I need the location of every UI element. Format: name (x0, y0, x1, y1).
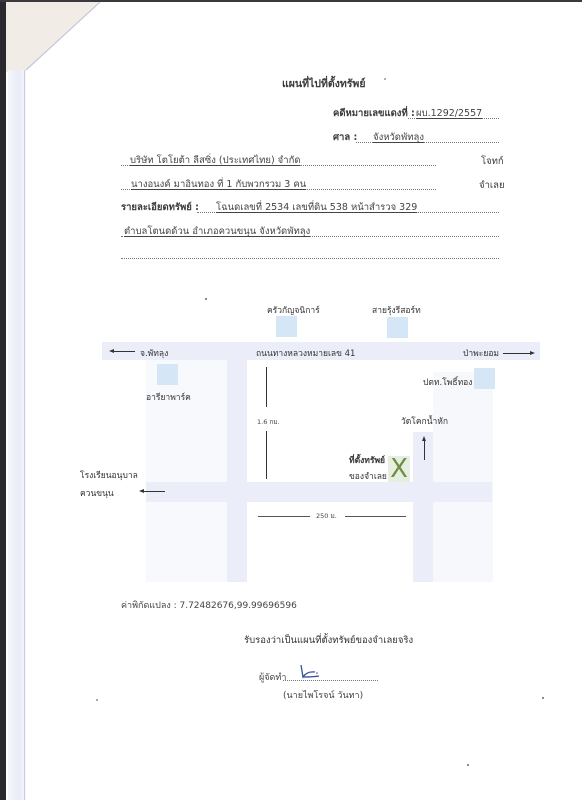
document-title: แผนที่ไปที่ตั้งทรัพย์ (282, 75, 365, 92)
speck (384, 78, 386, 80)
landmark-ptt-label: ปตท.โพธิ์ทอง (423, 375, 472, 389)
speck (467, 764, 469, 766)
landmark-ptt-icon (474, 368, 495, 389)
plaintiff-value: บริษัท โตโยต้า ลีสซิ่ง (ประเทศไทย) จำกัด (130, 153, 301, 168)
page-edge-line (24, 70, 25, 800)
arrow-left-phatthalung-line (113, 351, 135, 352)
distance-vertical-line-bottom (266, 431, 267, 479)
scan-edge (0, 0, 6, 800)
plaintiff-label: โจทก์ (481, 154, 504, 169)
highway-name: ถนนทางหลวงหมายเลข 41 (256, 346, 355, 360)
plot-coordinates: ค่าพิกัดแปลง : 7.72482676,99.99696596 (121, 598, 297, 612)
distance-horizontal-line-left (258, 516, 310, 517)
landmark-krua-kanyanikan-icon (276, 316, 297, 337)
property-location-x-icon: X (388, 456, 410, 482)
property-dotline-3 (121, 258, 499, 259)
speck (96, 699, 98, 701)
landmark-ariya-park-label: อารียาพาร์ค (146, 390, 191, 404)
landmark-school-label-1: โรงเรียนอนุบาล (80, 468, 138, 482)
map-area-shade-right (433, 372, 493, 582)
distance-horizontal-line-right (345, 516, 406, 517)
arrow-left-icon (109, 349, 114, 353)
folded-corner (26, 2, 136, 72)
direction-phatthalung: จ.พัทลุง (140, 346, 168, 360)
property-value-line2: ตำบลโตนดด้วน อำเภอควนขนุน จังหวัดพัทลุง (124, 224, 310, 239)
property-marker-label-2: ของจำเลย (349, 469, 387, 483)
property-value-line1: โฉนดเลขที่ 2534 เลขที่ดิน 538 หน้าสำรวจ … (216, 200, 417, 215)
distance-vertical-label: 1.6 กม. (257, 417, 280, 427)
defendant-label: จำเลย (479, 178, 505, 193)
case-number-value: ผบ.1292/2557 (416, 106, 482, 121)
distance-horizontal-label: 250 ม. (316, 511, 337, 521)
arrow-left-school-icon (139, 489, 144, 493)
arrow-right-icon (530, 351, 535, 355)
landmark-sairung-resort-icon (387, 317, 408, 338)
preparer-name: (นายไพโรจน์ วันทา) (283, 688, 363, 702)
preparer-label: ผู้จัดทำ (259, 670, 286, 684)
court-label: ศาล : (333, 130, 357, 145)
speck (205, 298, 207, 300)
distance-vertical-line-top (266, 367, 267, 407)
signature-mark (295, 663, 325, 683)
defendant-value: นางอนงค์ มาอินทอง ที่ 1 กับพวกรวม 3 คน (131, 177, 306, 192)
landmark-krua-kanyanikan-label: ครัวกัญจนิการ์ (267, 303, 320, 317)
arrow-up-icon (422, 436, 426, 441)
court-value: จังหวัดพัทลุง (373, 130, 424, 145)
side-road-vertical-right (413, 432, 433, 582)
side-road-vertical-left (227, 360, 247, 582)
landmark-school-label-2: ควนขนุน (80, 486, 114, 500)
arrow-right-pa-phayom-line (503, 353, 530, 354)
speck (542, 697, 544, 699)
direction-pa-phayom: ป่าพะยอม (463, 346, 499, 360)
landmark-ariya-park-icon (157, 364, 178, 385)
property-label: รายละเอียดทรัพย์ : (121, 200, 199, 215)
landmark-sairung-resort-label: สายรุ้งรีสอร์ท (372, 303, 421, 317)
case-number-label: คดีหมายเลขแดงที่ : (333, 106, 415, 121)
property-marker-label-1: ที่ตั้งทรัพย์ (349, 453, 385, 467)
arrow-left-school-line (144, 491, 165, 492)
landmark-wat-label: วัดโคกน้ำหัก (401, 414, 448, 428)
arrow-to-wat-line (424, 440, 425, 460)
certification-text: รับรองว่าเป็นแผนที่ตั้งทรัพย์ของจำเลยจริ… (244, 633, 413, 648)
